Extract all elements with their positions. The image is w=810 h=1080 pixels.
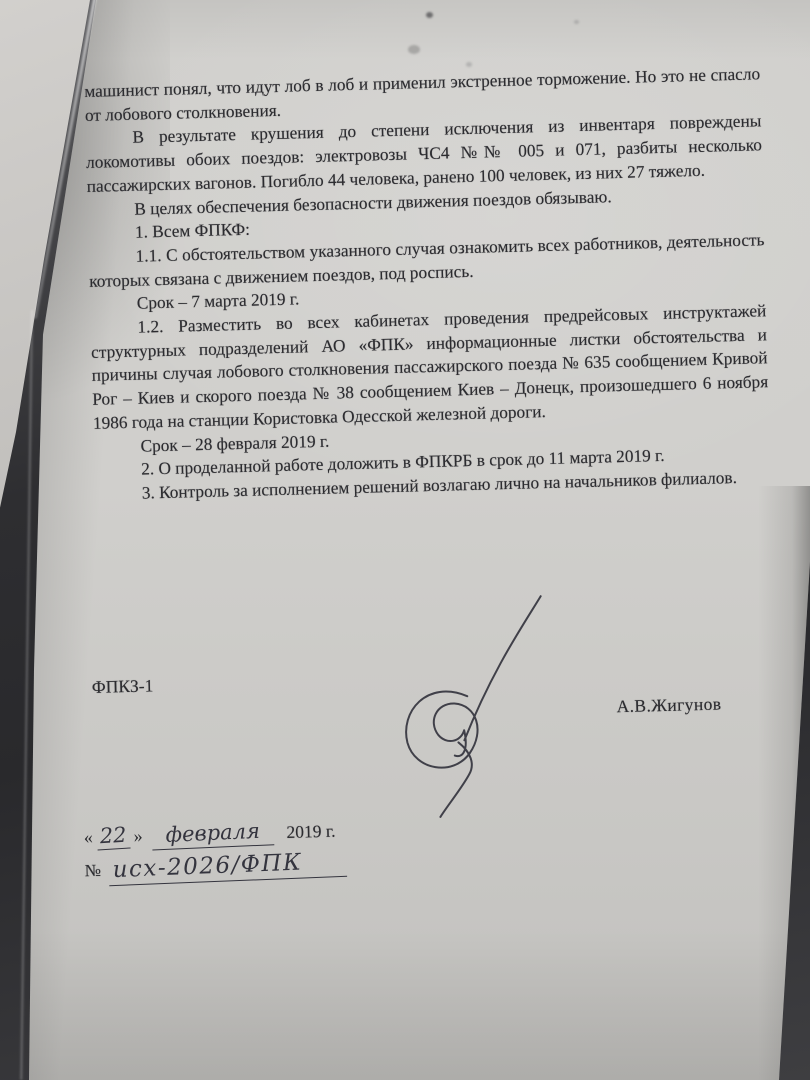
- ink-smudge: [466, 62, 472, 67]
- open-quote: «: [84, 827, 94, 848]
- date-number-block: « 22 » февраля 2019 г. № исх-2026/ФПК: [83, 817, 346, 885]
- ink-smudge: [408, 45, 420, 54]
- ink-smudge: [574, 20, 579, 24]
- signer-name: А.В.Жигунов: [616, 694, 721, 718]
- document-content: машинист понял, что идут лоб в лоб и при…: [84, 62, 771, 506]
- paragraph: 1.2. Разместить во всех кабинетах провед…: [90, 299, 769, 435]
- year-value: 2019 г.: [286, 821, 336, 843]
- handwritten-signature: [395, 589, 551, 825]
- month-value: февраля: [151, 818, 274, 850]
- document-photo: машинист понял, что идут лоб в лоб и при…: [0, 0, 810, 1080]
- doc-code: ФПКЗ-1: [92, 675, 154, 698]
- document-paragraphs: машинист понял, что идут лоб в лоб и при…: [84, 62, 771, 506]
- ink-smudge: [426, 12, 433, 18]
- number-symbol: №: [84, 861, 101, 881]
- day-value: 22: [96, 823, 130, 851]
- date-line: « 22 » февраля 2019 г.: [83, 817, 346, 851]
- close-quote: »: [133, 826, 143, 847]
